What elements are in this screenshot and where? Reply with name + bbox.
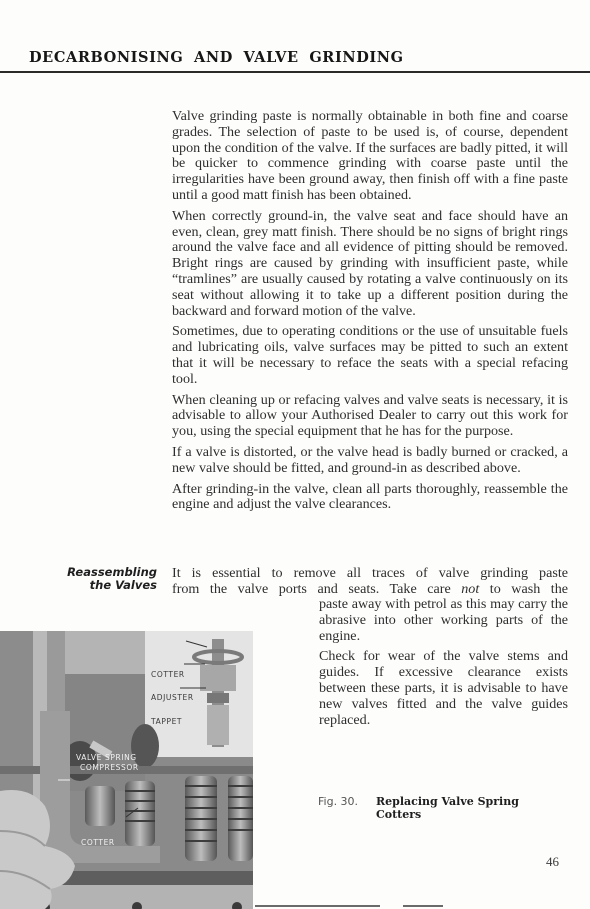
paragraph: Check for wear of the valve stems and gu… [319,649,568,728]
title-rule [0,71,590,73]
label-cotter-bottom: COTTER [81,838,115,847]
bottom-rule [255,905,380,907]
page-number: 46 [546,854,559,870]
reassembling-intro: It is essential to remove all traces of … [172,566,568,598]
page-title: DECARBONISING AND VALVE GRINDING [29,49,404,66]
paragraph: paste away with petrol as this may carry… [319,597,568,644]
figure-photo: COTTER ADJUSTER TAPPET VALVE SPRING COMP… [0,631,253,909]
paragraph: Sometimes, due to operating conditions o… [172,324,568,387]
label-compressor-line1: VALVE SPRING [76,753,137,762]
paragraph: If a valve is distorted, or the valve he… [172,445,568,477]
figure-number: Fig. 30. [318,796,358,809]
text-span: to wash the [479,581,568,597]
body-text: Valve grinding paste is normally obtaina… [172,109,568,518]
emphasis: not [461,581,479,597]
label-adjuster: ADJUSTER [151,693,194,702]
section-heading-line: the Valves [40,579,157,592]
paragraph: Valve grinding paste is normally obtaina… [172,109,568,204]
text-span: from the valve ports and seats. Take car… [172,581,461,597]
paragraph: When cleaning up or refacing valves and … [172,393,568,440]
label-compressor-line2: COMPRESSOR [80,763,139,772]
label-cotter-top: COTTER [151,670,185,679]
paragraph: After grinding-in the valve, clean all p… [172,482,568,514]
label-tappet: TAPPET [151,717,182,726]
reassembling-text: paste away with petrol as this may carry… [319,597,568,733]
text-line: It is essential to remove all traces of … [172,566,568,582]
section-heading-reassembling: Reassembling the Valves [40,566,157,591]
section-heading-line: Reassembling [40,566,157,579]
paragraph: When correctly ground-in, the valve seat… [172,209,568,320]
figure-title: Replacing Valve Spring Cotters [376,796,566,821]
bottom-rule [403,905,443,907]
